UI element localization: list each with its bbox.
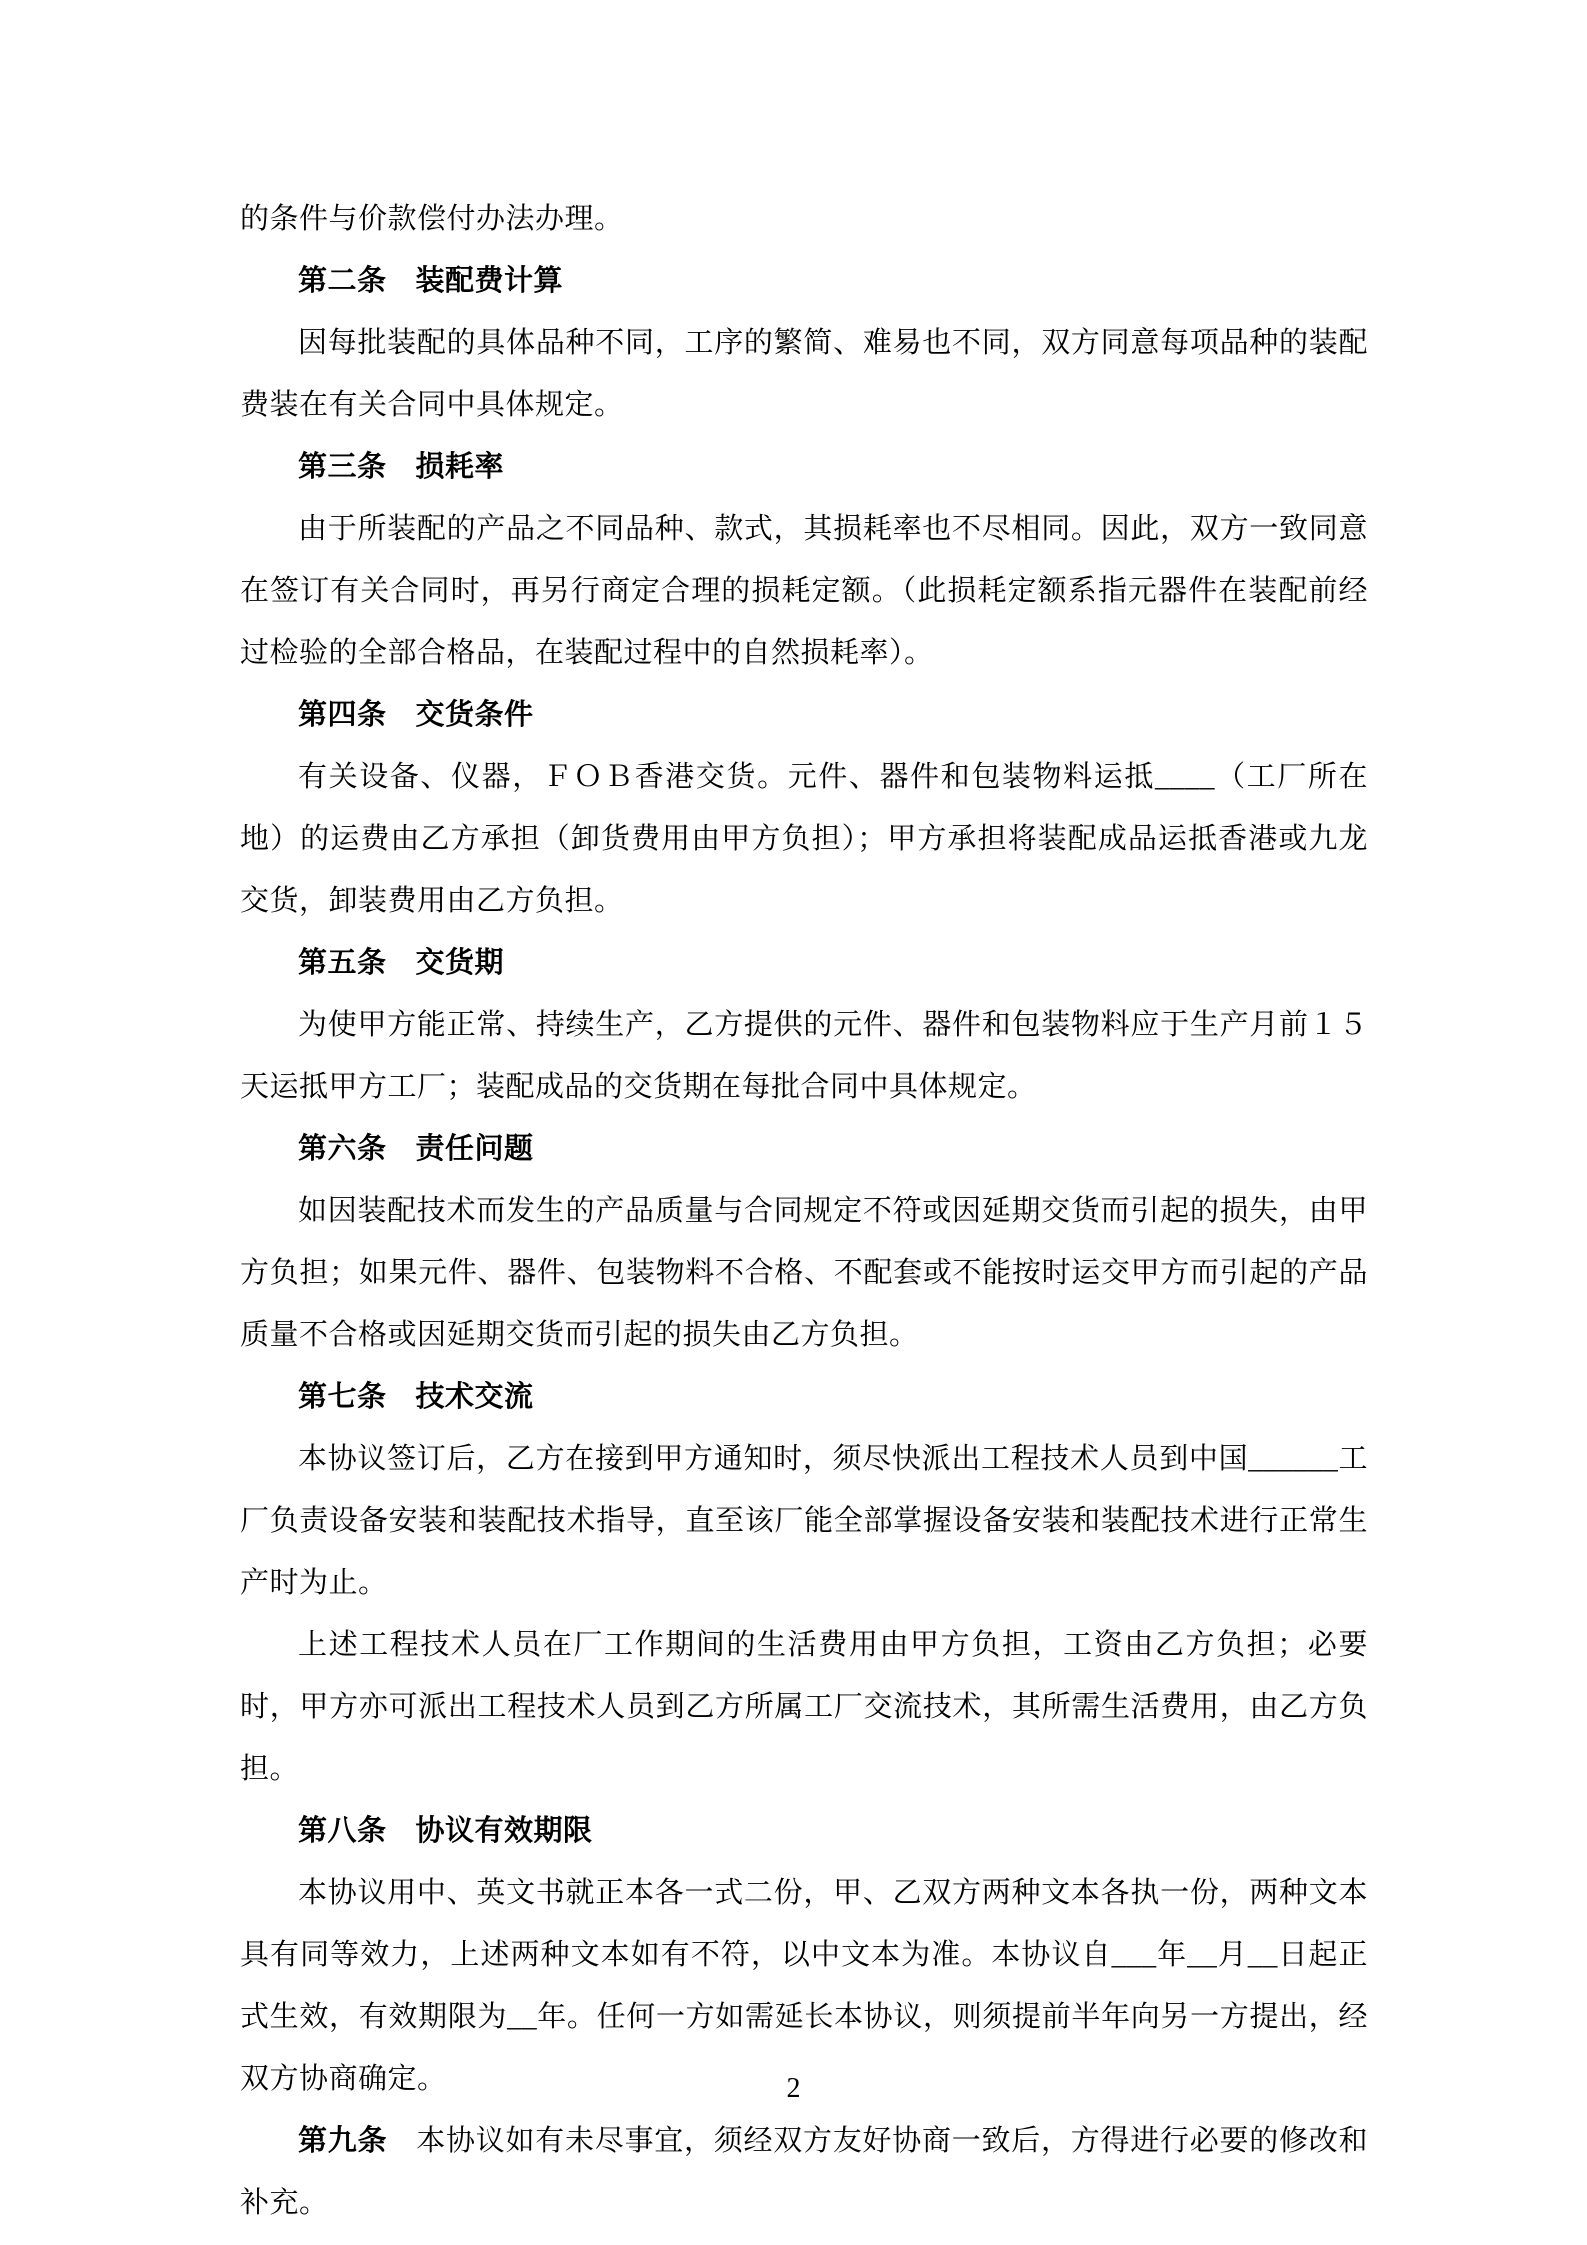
article-5-paragraph: 为使甲方能正常、持续生产，乙方提供的元件、器件和包装物料应于生产月前１５天运抵甲… bbox=[240, 994, 1368, 1118]
article-6-heading: 第六条责任问题 bbox=[240, 1118, 1368, 1180]
article-7-paragraph-1: 本协议签订后，乙方在接到甲方通知时，须尽快派出工程技术人员到中国______工厂… bbox=[240, 1428, 1368, 1614]
article-6-paragraph: 如因装配技术而发生的产品质量与合同规定不符或因延期交货而引起的损失，由甲方负担；… bbox=[240, 1180, 1368, 1366]
document-page: 的条件与价款偿付办法办理。 第二条装配费计算 因每批装配的具体品种不同，工序的繁… bbox=[0, 0, 1587, 2245]
article-8-title: 协议有效期限 bbox=[416, 1815, 593, 1847]
document-content: 的条件与价款偿付办法办理。 第二条装配费计算 因每批装配的具体品种不同，工序的繁… bbox=[240, 188, 1368, 2234]
article-4-paragraph: 有关设备、仪器，ＦＯＢ香港交货。元件、器件和包装物料运抵____（工厂所在地）的… bbox=[240, 746, 1368, 932]
article-7-heading: 第七条技术交流 bbox=[240, 1366, 1368, 1428]
article-7-number: 第七条 bbox=[298, 1381, 387, 1413]
article-9-number: 第九条 bbox=[298, 2125, 387, 2157]
article-9-paragraph: 第九条本协议如有未尽事宜，须经双方友好协商一致后，方得进行必要的修改和补充。 bbox=[240, 2110, 1368, 2234]
paragraph-continuation: 的条件与价款偿付办法办理。 bbox=[240, 188, 1368, 250]
article-3-paragraph: 由于所装配的产品之不同品种、款式，其损耗率也不尽相同。因此，双方一致同意在签订有… bbox=[240, 498, 1368, 684]
article-4-number: 第四条 bbox=[298, 699, 387, 731]
article-7-paragraph-2: 上述工程技术人员在厂工作期间的生活费用由甲方负担，工资由乙方负担；必要时，甲方亦… bbox=[240, 1614, 1368, 1800]
article-5-number: 第五条 bbox=[298, 947, 387, 979]
article-2-number: 第二条 bbox=[298, 265, 387, 297]
article-9-text: 本协议如有未尽事宜，须经双方友好协商一致后，方得进行必要的修改和补充。 bbox=[240, 2125, 1368, 2219]
article-6-number: 第六条 bbox=[298, 1133, 387, 1165]
page-number: 2 bbox=[0, 2072, 1587, 2106]
article-5-heading: 第五条交货期 bbox=[240, 932, 1368, 994]
article-2-heading: 第二条装配费计算 bbox=[240, 250, 1368, 312]
article-3-heading: 第三条损耗率 bbox=[240, 436, 1368, 498]
article-2-paragraph: 因每批装配的具体品种不同，工序的繁简、难易也不同，双方同意每项品种的装配费装在有… bbox=[240, 312, 1368, 436]
article-8-heading: 第八条协议有效期限 bbox=[240, 1800, 1368, 1862]
article-7-title: 技术交流 bbox=[416, 1381, 534, 1413]
article-3-title: 损耗率 bbox=[416, 451, 505, 483]
article-8-number: 第八条 bbox=[298, 1815, 387, 1847]
article-2-title: 装配费计算 bbox=[416, 265, 564, 297]
article-6-title: 责任问题 bbox=[416, 1133, 534, 1165]
article-3-number: 第三条 bbox=[298, 451, 387, 483]
article-4-heading: 第四条交货条件 bbox=[240, 684, 1368, 746]
article-4-title: 交货条件 bbox=[416, 699, 534, 731]
article-5-title: 交货期 bbox=[416, 947, 505, 979]
